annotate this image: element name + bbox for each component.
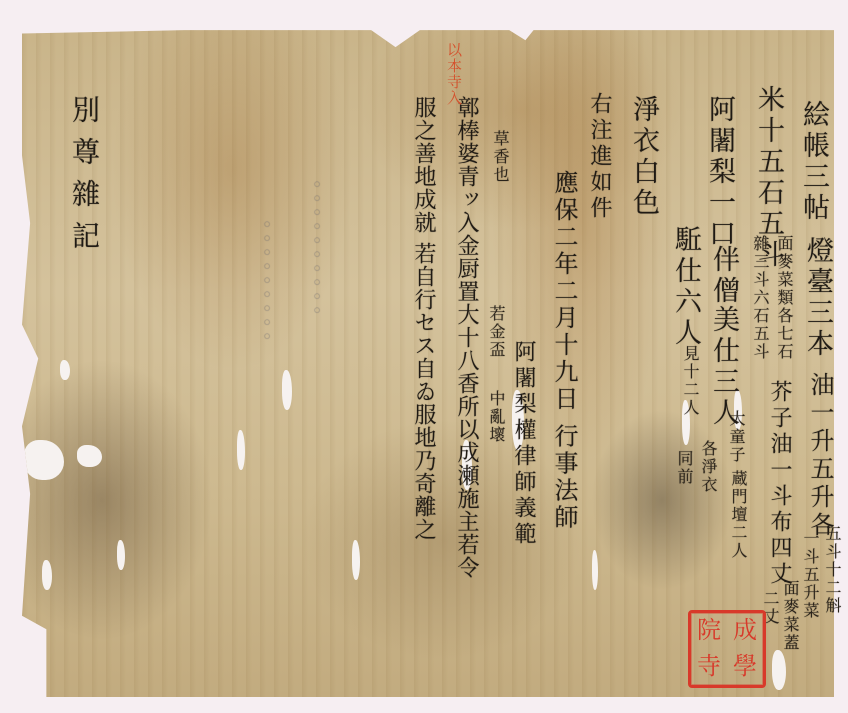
- paper-hole: [24, 440, 64, 480]
- paper-hole: [77, 445, 102, 467]
- text-column: 服之善地成就 若自行セス自ゐ服地乃奇離之: [412, 96, 434, 541]
- paper-hole: [282, 370, 292, 410]
- annotation-column: 面麥菜蓋: [782, 580, 798, 652]
- text-column: 駈仕六人: [672, 225, 699, 349]
- annotation-column: 面麥菜類各七石: [776, 235, 792, 361]
- text-column: 油一升五升各: [808, 372, 832, 540]
- text-column: 芥子油一斗布四丈: [768, 380, 790, 588]
- red-annotation: 以本寺入: [446, 42, 461, 106]
- paper-hole: [42, 560, 52, 590]
- text-column: 蔵門壇二人: [730, 470, 746, 560]
- annotation-column: 雜三斗六石五斗: [752, 235, 768, 361]
- seal-char: 院: [691, 613, 727, 649]
- text-column: 絵帳三帖: [800, 100, 827, 224]
- text-column: 大童子: [728, 410, 744, 464]
- annotation-column: 一斗五升菜: [802, 530, 818, 620]
- annotation-column: 若金盃: [488, 305, 504, 359]
- paper-hole: [237, 430, 245, 470]
- text-column: 淨衣白色: [630, 95, 657, 219]
- bleed-through-text: 。。。。。。。。。。: [300, 180, 320, 330]
- paper-hole: [352, 540, 360, 580]
- red-seal: 院 成 寺 學: [688, 610, 766, 688]
- seal-char: 學: [727, 649, 763, 685]
- annotation-column: 各淨衣: [700, 440, 716, 494]
- seal-char: 成: [727, 613, 763, 649]
- text-column: 鄣棒婆青ッ入金厨置大十八香所以成瀬施主若令: [455, 96, 477, 579]
- signature-column: 阿闍梨權律師義範: [512, 340, 534, 548]
- document-title: 別尊雜記: [70, 95, 98, 263]
- paper-hole: [592, 550, 598, 590]
- text-column: 燈臺三本: [804, 236, 831, 360]
- paper-hole: [117, 540, 125, 570]
- paper-hole: [60, 360, 70, 380]
- bleed-through-text: 。。。。。。。。。: [250, 220, 270, 356]
- annotation-column: 草香也: [492, 130, 508, 184]
- seal-char: 寺: [691, 649, 727, 685]
- text-column: 伴僧: [710, 245, 737, 307]
- annotation-column: 中亂壞: [488, 390, 504, 444]
- text-column: 同前: [676, 450, 692, 486]
- date-column: 應保二年二月十九日 行事法師: [552, 170, 576, 532]
- text-column: 阿闍梨一口: [706, 95, 733, 250]
- text-column: 五斗十二斛: [824, 525, 840, 615]
- text-column: 右注進如件: [588, 92, 610, 222]
- paper-hole: [772, 650, 786, 690]
- text-column: 見十二人: [682, 345, 698, 417]
